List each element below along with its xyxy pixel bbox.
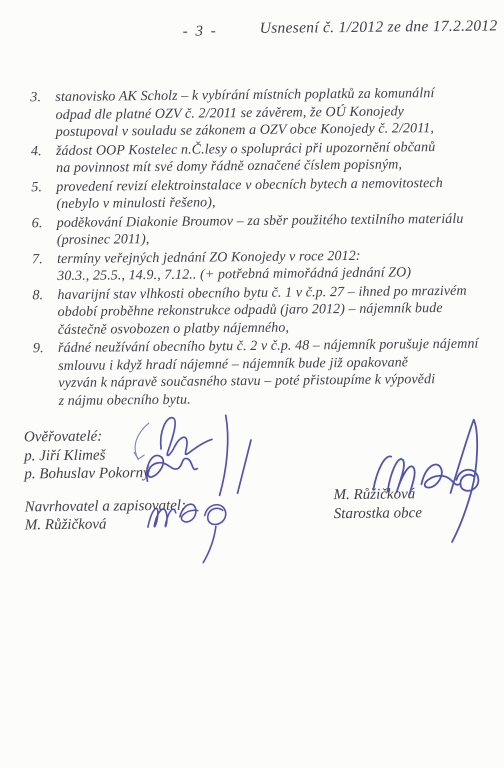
item-text: řádné neužívání obecního bytu č. 2 v č.p… bbox=[58, 336, 484, 410]
item-number: 9. bbox=[33, 340, 59, 410]
item-number: 5. bbox=[31, 179, 56, 214]
signature-ruzickova-right bbox=[373, 420, 479, 543]
item-text: stanovisko AK Scholz – k vybírání místní… bbox=[55, 85, 481, 142]
document-header: - 3 - Usnesení č. 1/2012 ze dne 17.2.201… bbox=[0, 17, 501, 46]
item-text: havarijní stav vlhkosti obecního bytu č.… bbox=[57, 282, 483, 339]
document-title: Usnesení č. 1/2012 ze dne 17.2.2012 bbox=[260, 17, 498, 37]
list-item: 9. řádné neužívání obecního bytu č. 2 v … bbox=[33, 336, 484, 411]
item-text: žádost OOP Kostelec n.Č.lesy o spoluprác… bbox=[56, 138, 481, 177]
item-text: provedení revizí elektroinstalace v obec… bbox=[56, 174, 481, 213]
signature-block-left: Ověřovatelé: p. Jiří Klimeš p. Bohuslav … bbox=[24, 427, 186, 535]
signature-block-right: M. Růžičková Starostka obce bbox=[333, 485, 422, 523]
item-number: 4. bbox=[31, 143, 56, 178]
item-text: poděkování Diakonie Broumov – za sběr po… bbox=[57, 210, 482, 249]
mayor-title: Starostka obce bbox=[334, 504, 422, 523]
list-item: 5. provedení revizí elektroinstalace v o… bbox=[31, 174, 481, 214]
verifier-name-1: p. Jiří Klimeš bbox=[24, 445, 186, 465]
scanned-document-page: - 3 - Usnesení č. 1/2012 ze dne 17.2.201… bbox=[0, 0, 504, 768]
item-number: 7. bbox=[32, 251, 57, 286]
proposer-name: M. Růžičková bbox=[25, 515, 187, 535]
item-number: 3. bbox=[30, 89, 56, 142]
list-item: 4. žádost OOP Kostelec n.Č.lesy o spolup… bbox=[31, 138, 481, 178]
list-item: 6. poděkování Diakonie Broumov – za sběr… bbox=[32, 210, 482, 250]
list-item: 8. havarijní stav vlhkosti obecního bytu… bbox=[32, 282, 483, 339]
verifiers-label: Ověřovatelé: bbox=[24, 427, 186, 447]
mayor-name: M. Růžičková bbox=[333, 485, 421, 504]
item-text: termíny veřejných jednání ZO Konojedy v … bbox=[57, 246, 482, 285]
list-item: 3. stanovisko AK Scholz – k vybírání mís… bbox=[30, 85, 481, 142]
item-number: 6. bbox=[32, 215, 57, 250]
page-content: - 3 - Usnesení č. 1/2012 ze dne 17.2.201… bbox=[0, 0, 504, 768]
item-number: 8. bbox=[32, 287, 58, 340]
resolution-list: 3. stanovisko AK Scholz – k vybírání mís… bbox=[30, 85, 483, 412]
verifier-name-2: p. Bohuslav Pokorný bbox=[24, 464, 186, 484]
proposer-label: Navrhovatel a zapisovatel: bbox=[25, 496, 187, 516]
page-number: - 3 - bbox=[183, 23, 218, 40]
list-item: 7. termíny veřejných jednání ZO Konojedy… bbox=[32, 246, 482, 286]
